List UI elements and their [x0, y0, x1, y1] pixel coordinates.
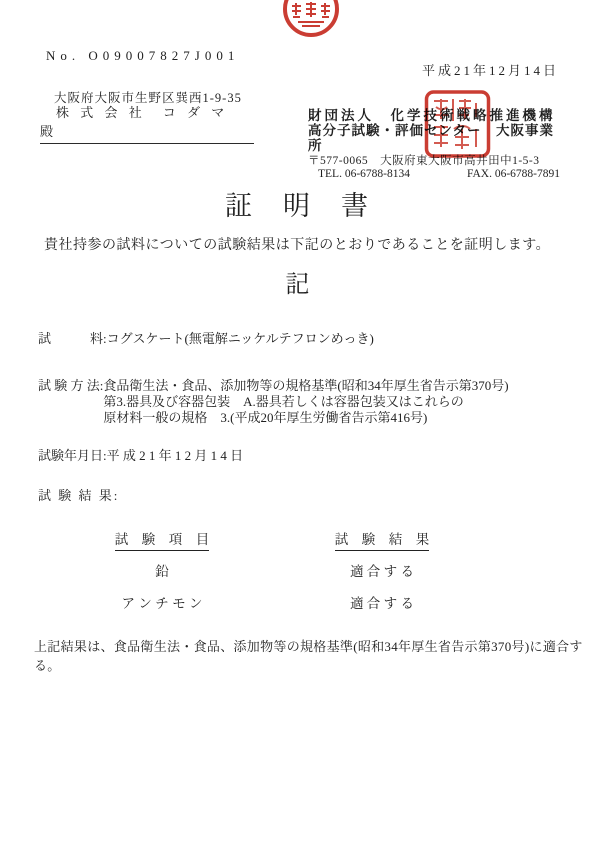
sample-field: 試 料: コグスケート(無電解ニッケルテフロンめっき): [38, 331, 374, 347]
test-method-lines: 食品衛生法・食品、添加物等の規格基準(昭和34年厚生省告示第370号) 第3.器…: [103, 378, 508, 426]
issuer-tel: TEL. 06-6788-8134: [318, 168, 410, 181]
issuer-fax: FAX. 06-6788-7891: [467, 168, 560, 181]
test-results-label: 試 験 結 果:: [38, 485, 119, 504]
test-date-label: 試験年月日:: [38, 448, 107, 464]
record-mark: 記: [0, 264, 595, 299]
test-method-line: 食品衛生法・食品、添加物等の規格基準(昭和34年厚生省告示第370号): [103, 378, 508, 394]
results-table: 試 験 項 目 試 験 結 果 鉛 適 合 す る ア ン チ モ ン 適 合 …: [0, 528, 595, 624]
results-header-item-text: 試 験 項 目: [115, 532, 210, 551]
recipient-name-underline: 株 式 会 社 コ ダ マ 殿: [40, 102, 254, 144]
result-value: 適 合 す る: [320, 592, 444, 612]
test-date-field: 試験年月日: 平 成 2 1 年 1 2 月 1 4 日: [38, 448, 243, 464]
test-method-line: 原材料一般の規格 3.(平成20年厚生労働省告示第416号): [103, 410, 508, 426]
results-header-result: 試 験 結 果: [320, 528, 444, 548]
certificate-page: No. O09007827J001 平成21年12月14日 大阪府大阪市生野区巽…: [0, 0, 595, 842]
test-method-field: 試 験 方 法: 食品衛生法・食品、添加物等の規格基準(昭和34年厚生省告示第3…: [38, 378, 509, 426]
certification-statement: 貴社持参の試料についての試験結果は下記のとおりであることを証明します。: [44, 234, 550, 254]
test-date-value: 平 成 2 1 年 1 2 月 1 4 日: [107, 448, 244, 464]
table-row: 鉛 適 合 す る: [0, 560, 595, 592]
table-row: ア ン チ モ ン 適 合 す る: [0, 592, 595, 624]
result-value: 適 合 す る: [320, 560, 444, 580]
test-method-line: 第3.器具及び容器包装 A.器具若しくは容器包装又はこれらの: [103, 394, 508, 410]
document-number: No. O09007827J001: [46, 48, 239, 64]
result-item: ア ン チ モ ン: [100, 592, 224, 612]
issue-date: 平成21年12月14日: [422, 60, 559, 79]
document-title: 証 明 書: [0, 184, 595, 223]
recipient-name: 株 式 会 社 コ ダ マ 殿: [40, 102, 254, 140]
sample-label: 試 料:: [38, 331, 107, 347]
results-header-result-text: 試 験 結 果: [335, 532, 430, 551]
conclusion-statement: 上記結果は、食品衛生法・食品、添加物等の規格基準(昭和34年厚生省告示第370号…: [34, 636, 595, 674]
results-header-item: 試 験 項 目: [100, 528, 224, 548]
results-table-header-row: 試 験 項 目 試 験 結 果: [0, 528, 595, 560]
issuer-contact: TEL. 06-6788-8134 FAX. 06-6788-7891: [308, 168, 564, 181]
sample-value: コグスケート(無電解ニッケルテフロンめっき): [107, 331, 374, 347]
result-item: 鉛: [100, 560, 224, 580]
square-seal-stamp-icon: [424, 89, 492, 159]
test-method-label: 試 験 方 法:: [38, 378, 103, 426]
round-seal-stamp-icon: [282, 0, 340, 40]
